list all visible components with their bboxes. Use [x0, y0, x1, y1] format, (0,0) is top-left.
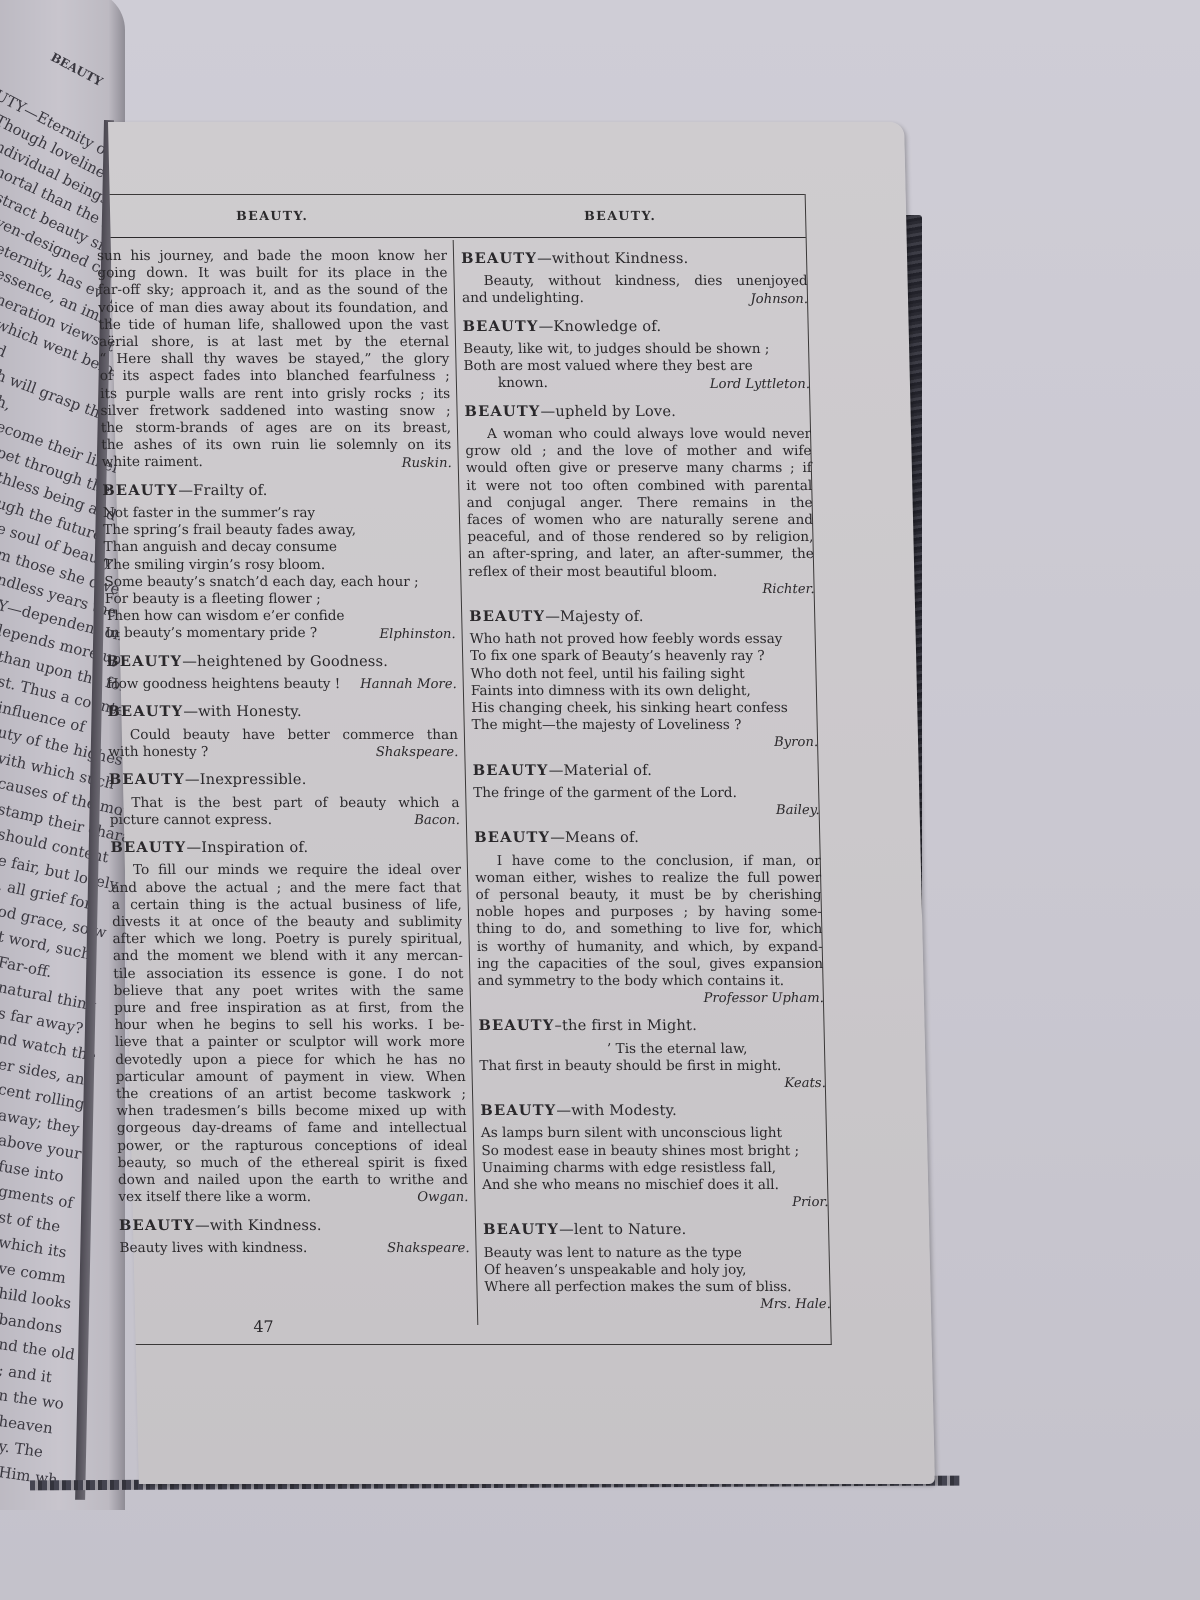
entry-author: Bailey. — [473, 802, 819, 819]
entry-author: Byron. — [472, 734, 818, 751]
entry-heading: BEAUTY—Inspiration of. — [110, 839, 460, 856]
text-line: woman either, wishes to realize the full… — [475, 870, 821, 887]
quote-entry: BEAUTY—Knowledge of.Beauty, like wit, to… — [462, 318, 810, 393]
entry-author: Mrs. Hale. — [485, 1296, 831, 1313]
entry-heading-topic: —Frailty of. — [178, 482, 268, 499]
text-line: of its aspect fades into blanched fearfu… — [100, 368, 450, 385]
entry-heading: BEAUTY—lent to Nature. — [483, 1221, 829, 1238]
right-column: BEAUTY—without Kindness.Beauty, without … — [461, 248, 831, 1323]
entry-heading: BEAUTY–the first in Might. — [478, 1017, 824, 1034]
left-page-fragment: which its — [0, 1233, 68, 1262]
entry-heading: BEAUTY—Knowledge of. — [462, 318, 808, 335]
text-line: believe that any poet writes with the sa… — [114, 983, 464, 1000]
text-line: voice of man dies away about its foundat… — [98, 300, 448, 317]
quote-entry: BEAUTY—Means of.I have come to the concl… — [474, 829, 824, 1007]
text-line: the tide of human life, shallowed upon t… — [98, 317, 448, 334]
quote-entry: BEAUTY—with Modesty.As lamps burn silent… — [480, 1102, 828, 1211]
entry-author: Prior. — [482, 1194, 828, 1211]
entry-heading-topic: —Majesty of. — [545, 608, 644, 625]
left-page-fragment: ve comm — [0, 1259, 67, 1287]
text-line: thing to do, and something to live for, … — [476, 921, 822, 938]
entry-heading-topic: —with Honesty. — [183, 703, 302, 720]
quote-entry: BEAUTY—Material of.The fringe of the gar… — [473, 762, 820, 820]
entry-heading: BEAUTY—Means of. — [474, 829, 820, 846]
text-line: aërial shore, is at last met by the eter… — [99, 334, 449, 351]
text-line: The fringe of the garment of the Lord. — [473, 785, 819, 802]
text-line: its purple walls are rent into grisly ro… — [100, 386, 450, 403]
left-page-fragment: hild looks — [0, 1284, 72, 1313]
left-page-fragment: d — [0, 341, 9, 361]
entry-heading: BEAUTY—Material of. — [473, 762, 819, 779]
entry-heading-keyword: BEAUTY — [464, 403, 540, 420]
text-line: when tradesmen’s bills become mixed up w… — [116, 1103, 466, 1120]
entry-heading-keyword: BEAUTY — [474, 829, 550, 846]
text-line: For beauty is a fleeting flower ; — [105, 591, 455, 608]
quote-entry: BEAUTY—Inspiration of.To fill our minds … — [110, 839, 468, 1206]
entry-heading-topic: —Material of. — [549, 762, 653, 779]
text-line: That is the best part of beauty which a — [109, 795, 459, 812]
continuation-text: sun his journey, and bade the moon know … — [97, 248, 452, 472]
text-line: Then how can wisdom e’er confide — [105, 608, 455, 625]
entry-heading-topic: —Inspiration of. — [186, 839, 308, 856]
text-line: the creations of an artist become taskwo… — [116, 1086, 466, 1103]
entry-author: Richter. — [468, 581, 814, 598]
entry-body: ’ Tis the eternal law,That first in beau… — [479, 1041, 826, 1075]
quote-entry: BEAUTY—heightened by Goodness.How goodne… — [106, 653, 457, 694]
text-line: beauty, so much of the ethereal spirit i… — [117, 1155, 467, 1172]
text-line: Beauty was lent to nature as the type — [483, 1245, 829, 1262]
entry-heading: BEAUTY—heightened by Goodness. — [106, 653, 456, 670]
text-line: power, or the rapturous conceptions of i… — [117, 1138, 467, 1155]
quote-entry: BEAUTY—without Kindness.Beauty, without … — [461, 250, 808, 308]
left-page-fragment: Far-off. — [0, 953, 53, 981]
text-line: So modest ease in beauty shines most bri… — [481, 1143, 827, 1160]
text-line: hour when he begins to sell his works. I… — [114, 1017, 464, 1034]
entry-body: The fringe of the garment of the Lord. — [473, 785, 819, 802]
entry-heading: BEAUTY—upheld by Love. — [464, 403, 810, 420]
text-line: Some beauty’s snatch’d each day, each ho… — [104, 574, 454, 591]
text-line: A woman who could always love would neve… — [465, 426, 811, 443]
left-page-fragment: h will grasp the — [0, 366, 111, 425]
entry-body: A woman who could always love would neve… — [465, 426, 815, 581]
text-line: a certain thing is the actual business o… — [112, 897, 462, 914]
text-line: Beauty, without kindness, dies unenjoyed — [461, 273, 807, 290]
entry-body: To fill our minds we require the ideal o… — [111, 862, 469, 1206]
entry-heading-keyword: BEAUTY — [110, 839, 186, 856]
quote-entry: BEAUTY—with Kindness.Beauty lives with k… — [119, 1217, 470, 1258]
quote-entry: BEAUTY—with Honesty.Could beauty have be… — [107, 703, 458, 761]
entry-heading-keyword: BEAUTY — [107, 703, 183, 720]
entry-heading-topic: —without Kindness. — [537, 250, 689, 267]
left-page-fragment: gments of — [0, 1182, 74, 1212]
left-page-fragment: h, — [0, 392, 14, 414]
text-line: And she who means no mischief does it al… — [482, 1177, 828, 1194]
left-page-fragment: nd the old — [0, 1335, 76, 1364]
text-line: grow old ; and the love of mother and wi… — [465, 443, 811, 460]
text-line: The might—the majesty of Loveliness ? — [472, 717, 818, 734]
left-column: sun his journey, and bade the moon know … — [97, 248, 470, 1267]
text-line: As lamps burn silent with unconscious li… — [481, 1125, 827, 1142]
entry-heading-keyword: BEAUTY — [483, 1221, 559, 1238]
text-line: and conjugal anger. There remains in the — [466, 495, 812, 512]
text-line: divests it at once of the beauty and sub… — [112, 914, 462, 931]
entry-heading: BEAUTY—with Kindness. — [119, 1217, 469, 1234]
left-page-fragment: n the wo — [0, 1386, 65, 1413]
entry-body: As lamps burn silent with unconscious li… — [481, 1125, 829, 1194]
entry-heading-keyword: BEAUTY — [109, 771, 185, 788]
text-line: To fix one spark of Beauty’s heavenly ra… — [470, 648, 816, 665]
entry-heading: BEAUTY—without Kindness. — [461, 250, 807, 267]
entry-heading-topic: —heightened by Goodness. — [182, 653, 388, 670]
text-line: and symmetry to the body which contains … — [477, 973, 823, 990]
entry-heading-topic: —lent to Nature. — [559, 1221, 687, 1238]
text-line: far-off sky; approach it, and as the sou… — [98, 282, 448, 299]
entry-heading-topic: —Inexpressible. — [185, 771, 307, 788]
left-page-fragment: BEAUTY — [48, 50, 105, 89]
text-line: devotedly upon a piece for which he has … — [115, 1052, 465, 1069]
quote-entry: BEAUTY—upheld by Love.A woman who could … — [464, 403, 814, 598]
text-line: the storm-brands of ages are on its brea… — [101, 420, 451, 437]
entry-body: Not faster in the summer’s rayThe spring… — [103, 505, 456, 643]
text-line: faces of women who are naturally serene … — [467, 512, 813, 529]
text-line: Where all perfection makes the sum of bl… — [484, 1279, 830, 1296]
book-page: BEAUTY. BEAUTY. sun his journey, and bad… — [108, 122, 935, 1484]
text-line: ing the capacities of the soul, gives ex… — [477, 956, 823, 973]
text-line: pure and free inspiration as at first, f… — [114, 1000, 464, 1017]
text-line: Not faster in the summer’s ray — [103, 505, 453, 522]
text-line: The smiling virgin’s rosy bloom. — [104, 557, 454, 574]
entry-heading-keyword: BEAUTY — [462, 318, 538, 335]
text-line: noble hopes and purposes ; by having som… — [476, 904, 822, 921]
text-line: The spring’s frail beauty fades away, — [103, 522, 453, 539]
continuation-entry: sun his journey, and bade the moon know … — [97, 248, 452, 472]
text-line: going down. It was built for its place i… — [97, 265, 447, 282]
entry-heading-keyword: BEAUTY — [473, 762, 549, 779]
entry-heading-topic: –the first in Might. — [554, 1017, 697, 1034]
text-line: That first in beauty should be first in … — [479, 1058, 825, 1075]
left-page-fragment: heaven — [0, 1412, 54, 1437]
text-line: is worthy of humanity, and which, by exp… — [477, 939, 823, 956]
text-line: Faints into dimness with its own delight… — [471, 683, 817, 700]
text-line: peaceful, and of those rendered so by re… — [467, 529, 813, 546]
left-page-fragment: ; and it — [0, 1361, 53, 1386]
text-line: and above the actual ; and the mere fact… — [111, 880, 461, 897]
text-line: I have come to the conclusion, if man, o… — [475, 853, 821, 870]
text-line: down and nailed upon the earth to writhe… — [118, 1172, 468, 1189]
text-line: lieve that a painter or sculptor will wo… — [115, 1034, 465, 1051]
text-line: Could beauty have better commerce than — [108, 727, 458, 744]
text-line: particular amount of payment in view. Wh… — [115, 1069, 465, 1086]
text-line: reflex of their most beautiful bloom. — [468, 564, 814, 581]
entry-heading-keyword: BEAUTY — [102, 482, 178, 499]
left-page-fragment: bandons — [0, 1310, 64, 1337]
text-line: Who hath not proved how feebly words ess… — [470, 631, 816, 648]
left-page-fragment: fuse into — [0, 1157, 65, 1186]
left-page-fragment: st of the — [0, 1208, 62, 1236]
text-line: and the moment we blend with it any merc… — [113, 948, 463, 965]
entry-author: Professor Upham. — [478, 990, 824, 1007]
text-line: Both are most valued where they best are — [463, 358, 809, 375]
text-line: would often give or preserve many charms… — [466, 460, 812, 477]
entry-heading-topic: —upheld by Love. — [540, 403, 676, 420]
quote-entry: BEAUTY—Inexpressible.That is the best pa… — [109, 771, 460, 829]
entry-heading-keyword: BEAUTY — [478, 1017, 554, 1034]
text-line: of personal beauty, it must be by cheris… — [475, 887, 821, 904]
entry-heading: BEAUTY—with Honesty. — [107, 703, 457, 720]
text-line: tile association its essence is gone. I … — [113, 966, 463, 983]
entry-heading-keyword: BEAUTY — [480, 1102, 556, 1119]
entry-heading: BEAUTY—with Modesty. — [480, 1102, 826, 1119]
quote-entry: BEAUTY—lent to Nature.Beauty was lent to… — [483, 1221, 831, 1313]
entry-author: Keats. — [480, 1075, 826, 1092]
entry-heading-keyword: BEAUTY — [106, 653, 182, 670]
entry-heading: BEAUTY—Inexpressible. — [109, 771, 459, 788]
text-line: gorgeous day-dreams of fame and intellec… — [117, 1120, 467, 1137]
text-line: Beauty, like wit, to judges should be sh… — [463, 341, 809, 358]
text-line: sun his journey, and bade the moon know … — [97, 248, 447, 265]
entry-body: I have come to the conclusion, if man, o… — [475, 853, 824, 991]
entry-body: Beauty was lent to nature as the typeOf … — [483, 1245, 830, 1297]
entry-heading: BEAUTY—Frailty of. — [102, 482, 452, 499]
quote-entry: BEAUTY—Majesty of.Who hath not proved ho… — [469, 608, 818, 752]
entry-heading-keyword: BEAUTY — [119, 1217, 195, 1234]
page-number: 47 — [253, 1317, 274, 1336]
text-line: Who doth not feel, until his failing sig… — [470, 666, 816, 683]
text-line: it were not too often combined with pare… — [466, 478, 812, 495]
entry-body: Who hath not proved how feebly words ess… — [470, 631, 818, 734]
left-page-fragment: y. The — [0, 1437, 44, 1461]
text-line: an after-spring, and later, an after-sum… — [468, 546, 814, 563]
text-line: His changing cheek, his sinking heart co… — [471, 700, 817, 717]
text-line: after which we long. Poetry is purely sp… — [112, 931, 462, 948]
text-line: Unaiming charms with edge resistless fal… — [482, 1160, 828, 1177]
entry-heading-topic: —Knowledge of. — [538, 318, 661, 335]
entry-heading-keyword: BEAUTY — [469, 608, 545, 625]
entry-heading-topic: —Means of. — [550, 829, 639, 846]
text-line: Than anguish and decay consume — [103, 539, 453, 556]
text-line: the ashes of its own ruin lie solemnly o… — [101, 437, 451, 454]
text-line: silver fretwork saddened into wasting sn… — [100, 403, 450, 420]
text-line: ’ Tis the eternal law, — [479, 1041, 825, 1058]
entry-heading-topic: —with Modesty. — [556, 1102, 677, 1119]
entry-heading-keyword: BEAUTY — [461, 250, 537, 267]
entry-heading-topic: —with Kindness. — [195, 1217, 322, 1234]
entry-heading: BEAUTY—Majesty of. — [469, 608, 815, 625]
text-line: Of heaven’s unspeakable and holy joy, — [484, 1262, 830, 1279]
quote-entry: BEAUTY–the first in Might.’ Tis the eter… — [478, 1017, 826, 1092]
text-line: To fill our minds we require the ideal o… — [111, 862, 461, 879]
text-line: “ Here shall thy waves be stayed,” the g… — [99, 351, 449, 368]
quote-entry: BEAUTY—Frailty of.Not faster in the summ… — [102, 482, 456, 643]
